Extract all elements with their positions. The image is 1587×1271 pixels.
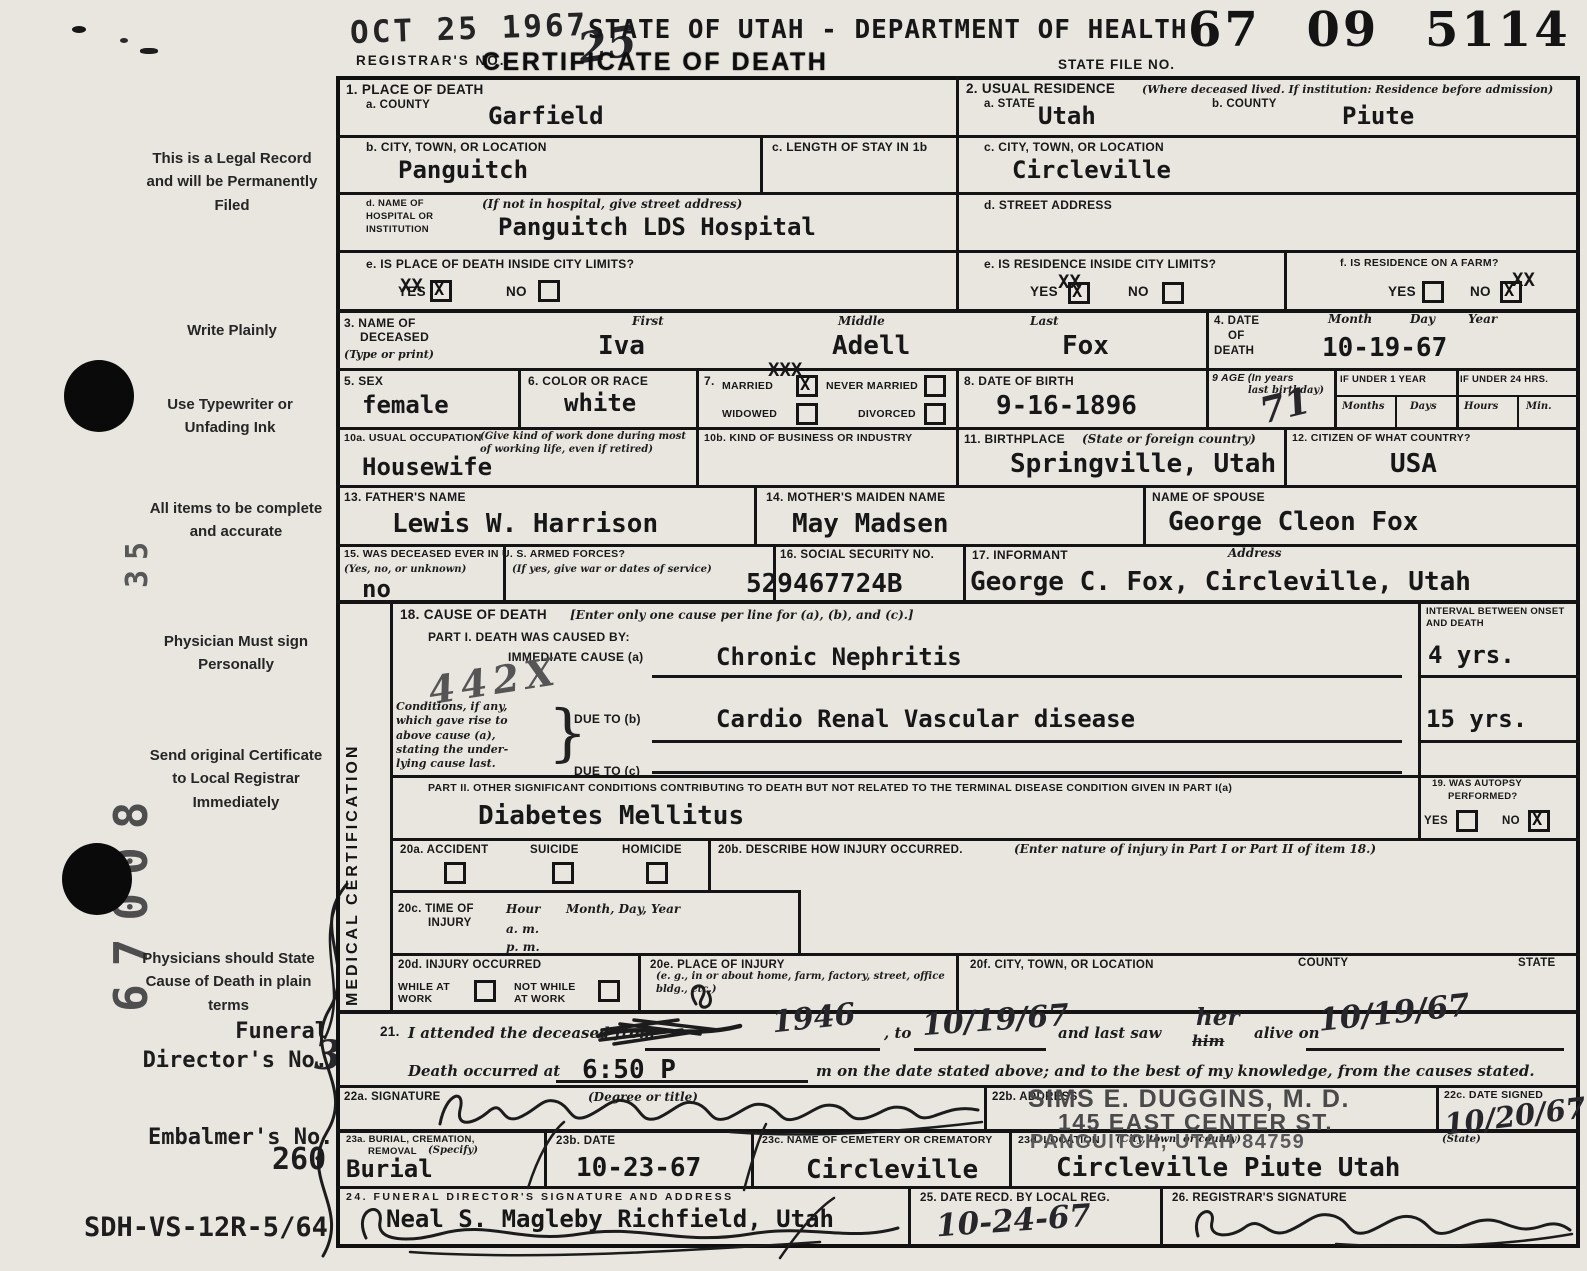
last-name-value: Fox [1062,332,1109,361]
cause-of-death-note: [Enter only one cause per line for (a), … [570,608,914,623]
dod-label: OF [1228,329,1245,343]
autopsy-label: PERFORMED? [1448,791,1518,803]
pm-label: p. m. [506,940,540,955]
middle-name-header: Middle [838,314,885,329]
state-file-number: 67 09 5114 [1188,2,1571,58]
dod-label: 4. DATE [1214,314,1259,328]
length-of-stay-label: c. LENGTH OF STAY IN 1b [772,140,927,155]
pod-city-value: Panguitch [398,157,528,183]
due-to-b-label: DUE TO (b) [574,712,641,727]
margin-send-original: Send original Certificate to Local Regis… [146,744,326,814]
death-occurred-tail: m on the date stated above; and to the b… [816,1062,1535,1081]
armed-forces-note2: (If yes, give war or dates of service) [512,564,712,577]
res-street-label: d. STREET ADDRESS [984,198,1112,213]
hospital-label: HOSPITAL OR [366,211,433,223]
birthplace-label: 11. BIRTHPLACE [964,432,1065,447]
immediate-cause-value: Chronic Nephritis [716,644,962,670]
burial-value: Burial [346,1156,433,1182]
armed-forces-label: 15. WAS DECEASED EVER IN U. S. ARMED FOR… [344,548,625,561]
cemetery-label: 23c. NAME OF CEMETERY OR CREMATORY [762,1134,993,1147]
cemetery-value: Circleville [806,1156,978,1185]
attended-from-value: 1946 [771,1000,857,1039]
accident-label: 20a. ACCIDENT [400,843,488,857]
hours-header: Hours [1464,401,1498,414]
birthplace-value: Springville, Utah [1010,450,1276,479]
brace-glyph: } [548,696,587,769]
min-header: Min. [1526,401,1552,414]
margin-all-items: All items to be complete and accurate [146,497,326,544]
farm-yes-label: YES [1388,284,1416,301]
injury-state-label: STATE [1518,956,1556,970]
race-label: 6. COLOR OR RACE [528,374,648,389]
last-saw-text: and last saw [1058,1024,1161,1043]
injury-time-label: INJURY [428,916,472,930]
hour-header: Hour [506,902,540,917]
res-state-label: a. STATE [984,97,1035,111]
name-label: 3. NAME OF [344,316,416,331]
birthplace-note: (State or foreign country) [1082,432,1256,447]
informant-value: George C. Fox, Circleville, Utah [970,568,1471,597]
farm-yes-checkbox [1422,281,1444,303]
injury-county-label: COUNTY [1298,956,1348,970]
res-county-value: Piute [1342,103,1414,129]
under-24-hrs-header: IF UNDER 24 HRS. [1460,374,1548,386]
autopsy-no-checkbox: X [1528,810,1550,832]
margin-physician-sign: Physician Must sign Personally [146,630,326,677]
occupation-value: Housewife [362,454,492,480]
months-header: Months [1342,401,1385,414]
married-typed-mark: XXX [768,360,802,381]
res-state-value: Utah [1038,103,1096,129]
marital-number: 7. [704,374,715,389]
occupation-note: (Give kind of work done during most of w… [480,431,690,456]
suicide-checkbox [552,862,574,884]
divorced-label: DIVORCED [858,408,916,421]
dept-title: STATE OF UTAH - DEPARTMENT OF HEALTH [588,16,1188,45]
informant-label: 17. INFORMANT [972,548,1068,563]
due-to-c-label: DUE TO (c) [574,764,640,779]
him-struck: him [1192,1032,1224,1051]
spouse-value: George Cleon Fox [1168,508,1418,537]
suicide-label: SUICIDE [530,843,579,857]
state-file-label: STATE FILE NO. [1058,57,1175,74]
margin-legal-record: This is a Legal Record and will be Perma… [146,147,318,217]
father-label: 13. FATHER'S NAME [344,490,466,505]
pod-city-limits-label: e. IS PLACE OF DEATH INSIDE CITY LIMITS? [366,257,634,272]
injury-how-note: (Enter nature of injury in Part I or Par… [1014,842,1376,857]
cause-of-death-label: 18. CAUSE OF DEATH [400,607,547,624]
hospital-label: d. NAME OF [366,198,424,210]
sex-value: female [362,392,449,418]
pod-county-label: a. COUNTY [366,98,430,112]
injury-how-label: 20b. DESCRIBE HOW INJURY OCCURRED. [718,843,963,857]
margin-write-plainly: Write Plainly [146,319,318,342]
armed-forces-value: no [362,576,391,602]
physician-stamp-city: PANGUITCH, UTAH 84759 [1030,1131,1305,1153]
mother-value: May Madsen [792,510,949,539]
received-date-stamp: OCT 25 1967 [349,8,588,50]
business-label: 10b. KIND OF BUSINESS OR INDUSTRY [704,432,912,445]
citizen-label: 12. CITIZEN OF WHAT COUNTRY? [1292,432,1471,445]
dod-month-header: Month [1328,312,1372,327]
farm-typed-mark: XX [1512,270,1535,291]
autopsy-label: 19. WAS AUTOPSY [1432,778,1522,790]
middle-name-value: Adell [832,332,910,361]
scan-mark [72,26,86,33]
death-certificate-scan: OCT 25 1967 REGISTRAR'S NO. 25 STATE OF … [0,0,1587,1271]
month-day-year-header: Month, Day, Year [566,902,680,917]
name-note: (Type or print) [344,348,434,362]
divorced-checkbox [924,403,946,425]
pod-city-label: b. CITY, TOWN, OR LOCATION [366,140,547,155]
res-limits-no-label: NO [1128,284,1149,301]
married-label: MARRIED [722,380,773,393]
never-married-checkbox [924,375,946,397]
widowed-checkbox [796,403,818,425]
age-label: 9 AGE (In years [1212,372,1294,385]
residence-title: 2. USUAL RESIDENCE [966,81,1115,98]
ssn-value: 529467724B [746,570,903,599]
dob-value: 9-16-1896 [996,392,1137,421]
citizen-value: USA [1390,450,1437,479]
first-name-value: Iva [598,332,645,361]
interval-label: INTERVAL BETWEEN ONSET AND DEATH [1426,606,1574,630]
signature-label: 22a. SIGNATURE [344,1090,441,1104]
interval-a-value: 4 yrs. [1428,642,1515,668]
pod-limits-no-checkbox [538,280,560,302]
res-limits-no-checkbox [1162,282,1184,304]
sex-label: 5. SEX [344,374,383,389]
cert-title: CERTIFICATE OF DEATH [482,47,828,78]
location-value: Circleville Piute Utah [1056,1154,1400,1183]
res-limits-label: e. IS RESIDENCE INSIDE CITY LIMITS? [984,257,1216,272]
farm-label: f. IS RESIDENCE ON A FARM? [1340,257,1499,270]
father-value: Lewis W. Harrison [392,510,658,539]
alive-on-text: alive on [1254,1024,1320,1043]
medical-certification-strip: MEDICAL CERTIFICATION [344,616,362,1006]
pod-limits-no-label: NO [506,284,527,301]
days-header: Days [1410,401,1437,414]
injury-time-label: 20c. TIME OF [398,902,474,916]
funeral-director-signature [350,1198,910,1260]
last-name-header: Last [1030,314,1059,329]
death-occurred-text: Death occurred at [408,1062,560,1081]
hospital-label: INSTITUTION [366,224,429,236]
to-text: , to [884,1024,911,1043]
spouse-label: NAME OF SPOUSE [1152,490,1265,505]
place-of-death-title: 1. PLACE OF DEATH [346,82,484,99]
burial-specify-note: (Specify) [428,1145,478,1158]
res-limits-yes-label: YES [1030,284,1058,301]
res-county-label: b. COUNTY [1212,97,1277,111]
res-limits-typed-mark: XX [1058,272,1081,293]
dod-value: 10-19-67 [1322,334,1447,363]
dod-label: DEATH [1214,344,1254,358]
am-label: a. m. [506,922,539,937]
autopsy-yes-label: YES [1424,814,1448,828]
dod-day-header: Day [1410,312,1435,327]
accident-checkbox [444,862,466,884]
occupation-label: 10a. USUAL OCCUPATION [344,432,482,445]
part2-value: Diabetes Mellitus [478,802,744,831]
autopsy-no-label: NO [1502,814,1520,828]
punch-hole [62,843,132,915]
scan-mark [140,48,158,54]
interval-b-value: 15 yrs. [1426,706,1527,732]
attended-number: 21. [380,1024,400,1041]
scan-mark [120,38,128,43]
race-value: white [564,390,636,416]
pod-limits-typed-mark: XX [400,276,423,297]
registrar-signature [1186,1198,1576,1250]
autopsy-yes-checkbox [1456,810,1478,832]
homicide-label: HOMICIDE [622,843,682,857]
hospital-value: Panguitch LDS Hospital [498,214,816,240]
dod-year-header: Year [1468,312,1497,327]
ssn-label: 16. SOCIAL SECURITY NO. [780,548,934,562]
widowed-label: WIDOWED [722,408,777,421]
name-label: DECEASED [360,330,429,345]
due-to-b-value: Cardio Renal Vascular disease [716,706,1135,732]
pod-county-value: Garfield [488,103,604,129]
under-1-year-header: IF UNDER 1 YEAR [1340,374,1426,386]
injury-city-label: 20f. CITY, TOWN, OR LOCATION [970,958,1154,972]
pen-flourish [508,1122,768,1192]
injury-occurred-label: 20d. INJURY OCCURRED [398,958,541,972]
part2-label: PART II. OTHER SIGNIFICANT CONDITIONS CO… [428,782,1232,795]
her-handwritten: her [1196,1006,1239,1029]
while-at-work-label: WORK [398,993,432,1006]
age-value: 71 [1256,382,1313,429]
while-at-work-checkbox [474,980,496,1002]
farm-no-label: NO [1470,284,1491,301]
conditions-note: Conditions, if any, which gave rise to a… [396,700,528,771]
hospital-note: (If not in hospital, give street address… [482,197,742,212]
informant-address-header: Address [1228,546,1282,561]
res-city-value: Circleville [1012,157,1171,183]
res-city-label: c. CITY, TOWN, OR LOCATION [984,140,1164,155]
residence-title-note: (Where deceased lived. If institution: R… [1142,83,1553,97]
mother-label: 14. MOTHER'S MAIDEN NAME [766,490,945,505]
dob-label: 8. DATE OF BIRTH [964,374,1074,389]
location-state-note: (State) [1442,1134,1481,1147]
never-married-label: NEVER MARRIED [826,380,918,393]
first-name-header: First [632,314,664,329]
part1-label: PART I. DEATH WAS CAUSED BY: [428,630,630,645]
not-while-at-work-label: AT WORK [514,993,565,1006]
punch-hole [64,360,134,432]
homicide-checkbox [646,862,668,884]
pod-limits-yes-checkbox: X [430,280,452,302]
margin-use-typewriter: Use Typewriter or Unfading Ink [134,393,326,440]
